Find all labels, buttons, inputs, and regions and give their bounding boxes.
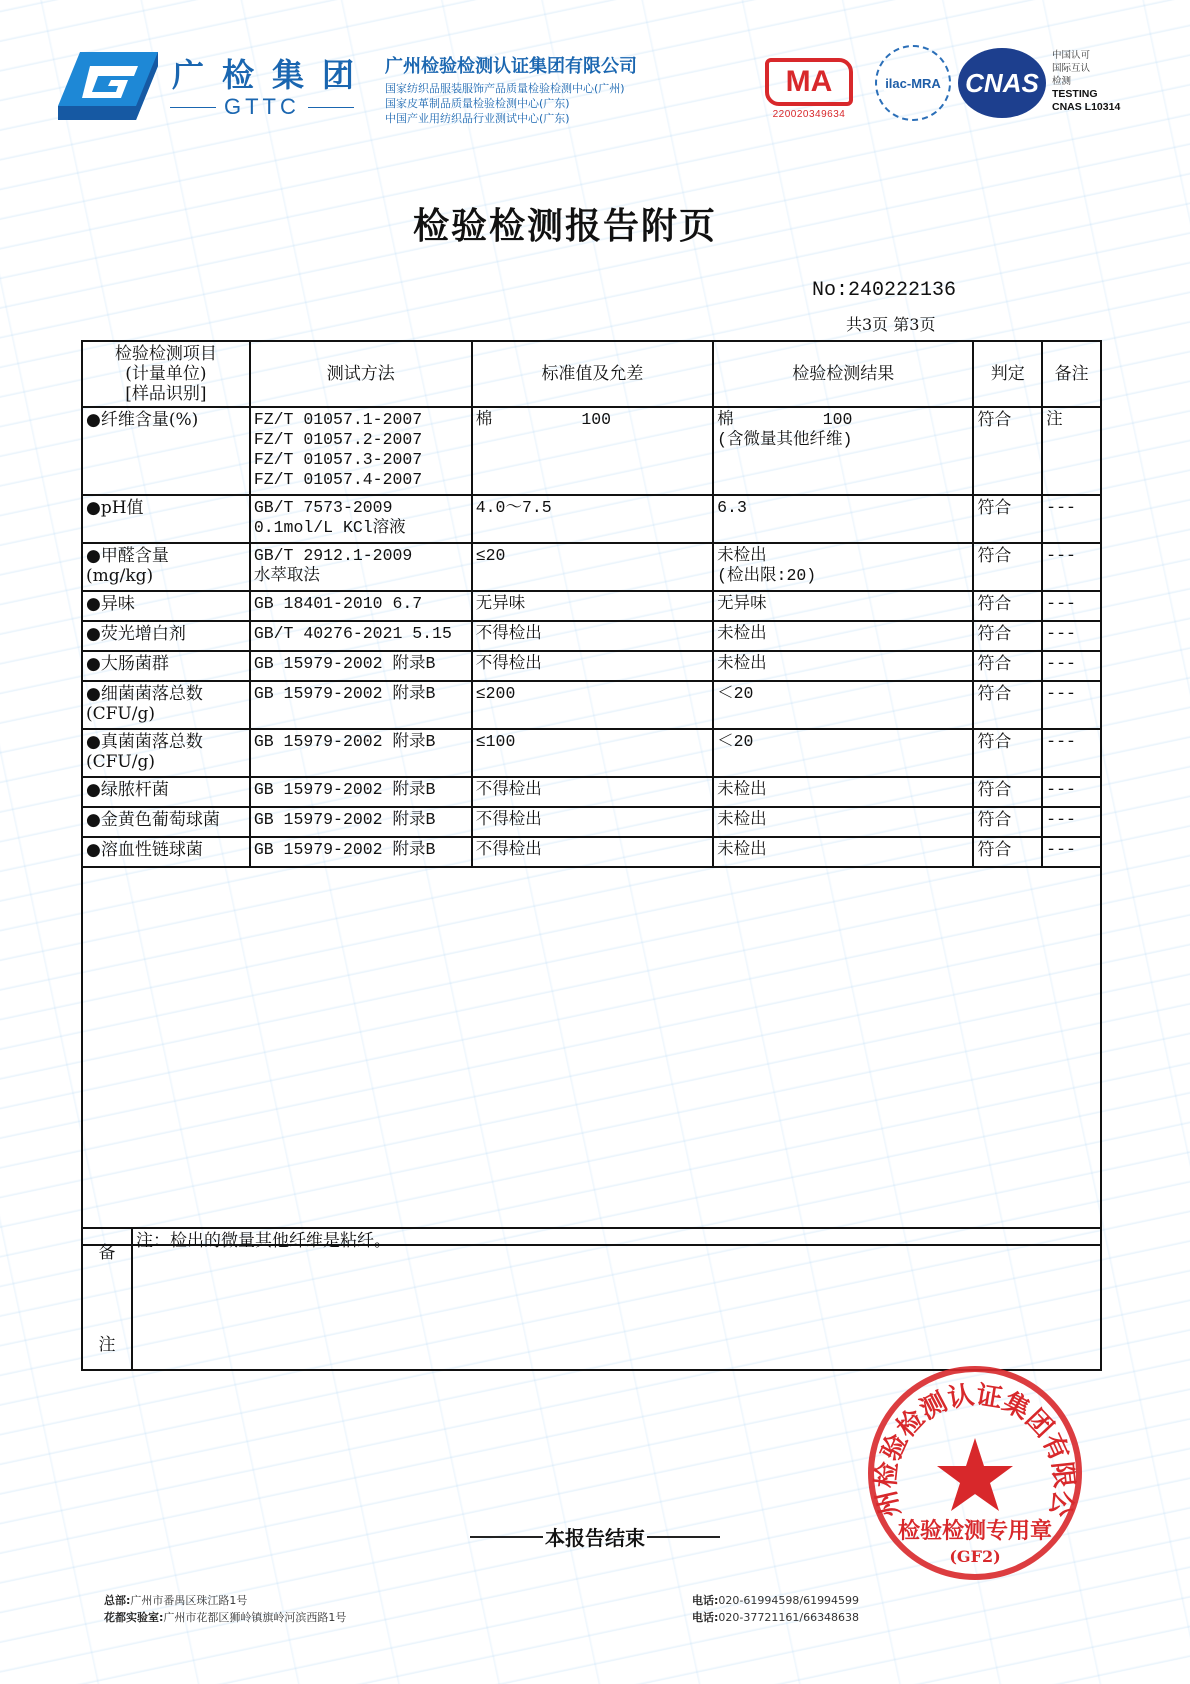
report-number: No:240222136 [812, 279, 956, 302]
table-empty-space [82, 867, 1101, 1245]
table-row: ●纤维含量(%)FZ/T 01057.1-2007FZ/T 01057.2-20… [82, 407, 1101, 495]
cell-result: 未检出(检出限:20) [713, 543, 973, 591]
results-table: 检验检测项目 (计量单位) [样品识别] 测试方法 标准值及允差 检验检测结果 … [81, 340, 1102, 1246]
sub-org-1: 国家纺织品服装服饰产品质量检验检测中心(广州) [385, 81, 637, 96]
cnas-label: CNAS [965, 68, 1039, 99]
cell-remark: --- [1042, 651, 1101, 681]
cell-remark: --- [1042, 495, 1101, 543]
cell-item: ●金黄色葡萄球菌 [82, 807, 250, 837]
cell-method: GB/T 7573-20090.1mol/L KCl溶液 [250, 495, 472, 543]
cell-standard: 4.0～7.5 [472, 495, 713, 543]
official-seal-stamp: 广州检验检测认证集团有限公司 检验检测专用章 (GF2) [864, 1362, 1086, 1584]
cell-standard: 不得检出 [472, 651, 713, 681]
stamp-code: (GF2) [949, 1547, 1000, 1566]
cell-remark: --- [1042, 543, 1101, 591]
cell-result: 未检出 [713, 651, 973, 681]
footer-hq-phone: 电话:020-61994598/61994599 [692, 1592, 859, 1609]
ilac-mra-icon: ilac-MRA [875, 45, 951, 121]
table-row: ●异味GB 18401-2010 6.7无异味无异味符合--- [82, 591, 1101, 621]
cell-item: ●绿脓杆菌 [82, 777, 250, 807]
table-row: ●溶血性链球菌GB 15979-2002 附录B不得检出未检出符合--- [82, 837, 1101, 867]
cell-result: 棉 100(含微量其他纤维) [713, 407, 973, 495]
cell-standard: ≤20 [472, 543, 713, 591]
cell-item: ●细菌菌落总数(CFU/g) [82, 681, 250, 729]
cnas-text-3: 检测 [1052, 75, 1120, 88]
cell-item: ●甲醛含量(mg/kg) [82, 543, 250, 591]
cell-remark: --- [1042, 621, 1101, 651]
footer-lab-phone: 电话:020-37721161/66348638 [692, 1609, 859, 1626]
cell-remark: --- [1042, 729, 1101, 777]
cell-item: ●大肠菌群 [82, 651, 250, 681]
cell-remark: --- [1042, 837, 1101, 867]
cell-method: GB/T 2912.1-2009水萃取法 [250, 543, 472, 591]
footer-hq: 总部:广州市番禺区珠江路1号 [104, 1592, 346, 1609]
table-body: ●纤维含量(%)FZ/T 01057.1-2007FZ/T 01057.2-20… [82, 407, 1101, 867]
table-row: ●甲醛含量(mg/kg)GB/T 2912.1-2009水萃取法≤20未检出(检… [82, 543, 1101, 591]
cell-method: GB 15979-2002 附录B [250, 837, 472, 867]
header-standard: 标准值及允差 [472, 341, 713, 407]
table-row: ●荧光增白剂GB/T 40276-2021 5.15不得检出未检出符合--- [82, 621, 1101, 651]
star-icon [937, 1438, 1013, 1511]
cma-icon: MA [765, 58, 853, 106]
cnas-text-1: 中国认可 [1052, 49, 1120, 62]
header-item: 检验检测项目 (计量单位) [样品识别] [82, 341, 250, 407]
cell-method: FZ/T 01057.1-2007FZ/T 01057.2-2007FZ/T 0… [250, 407, 472, 495]
logo-english-name: GTTC [170, 94, 354, 120]
end-of-report-text: 本报告结束 [545, 1522, 645, 1551]
logo-en-text: GTTC [224, 94, 300, 120]
remarks-table: 备 注 注：检出的微量其他纤维是粘纤。 [81, 1227, 1102, 1371]
cell-result: ＜20 [713, 681, 973, 729]
cell-judgement: 符合 [973, 729, 1042, 777]
cell-method: GB 15979-2002 附录B [250, 777, 472, 807]
cell-method: GB 15979-2002 附录B [250, 807, 472, 837]
company-name: 广州检验检测认证集团有限公司 [385, 52, 637, 78]
logo-chinese-name: 广检集团 [172, 50, 372, 96]
cell-result: 未检出 [713, 777, 973, 807]
cell-standard: 无异味 [472, 591, 713, 621]
cell-item: ●溶血性链球菌 [82, 837, 250, 867]
cell-method: GB 18401-2010 6.7 [250, 591, 472, 621]
cell-standard: 不得检出 [472, 837, 713, 867]
page-title: 检验检测报告附页 [0, 198, 1130, 249]
cell-method: GB 15979-2002 附录B [250, 729, 472, 777]
cell-standard: ≤200 [472, 681, 713, 729]
header-result: 检验检测结果 [713, 341, 973, 407]
cnas-icon: CNAS [958, 48, 1046, 118]
cnas-text-4: TESTING [1052, 88, 1120, 101]
page-count: 共3页 第3页 [846, 312, 935, 335]
cell-judgement: 符合 [973, 591, 1042, 621]
cell-standard: 不得检出 [472, 807, 713, 837]
cell-result: ＜20 [713, 729, 973, 777]
cell-item: ●真菌菌落总数(CFU/g) [82, 729, 250, 777]
cell-judgement: 符合 [973, 837, 1042, 867]
cnas-text-5: CNAS L10314 [1052, 101, 1120, 114]
cell-result: 6.3 [713, 495, 973, 543]
cell-standard: 不得检出 [472, 777, 713, 807]
cell-result: 未检出 [713, 807, 973, 837]
cell-item: ●纤维含量(%) [82, 407, 250, 495]
cnas-accreditation-text: 中国认可 国际互认 检测 TESTING CNAS L10314 [1052, 49, 1120, 114]
cell-method: GB 15979-2002 附录B [250, 651, 472, 681]
cell-judgement: 符合 [973, 621, 1042, 651]
company-block: 广州检验检测认证集团有限公司 国家纺织品服装服饰产品质量检验检测中心(广州) 国… [385, 52, 637, 126]
footer-addresses: 总部:广州市番禺区珠江路1号 花都实验室:广州市花都区狮岭镇旗岭河滨西路1号 [104, 1592, 346, 1626]
cell-remark: --- [1042, 591, 1101, 621]
remarks-text: 注：检出的微量其他纤维是粘纤。 [132, 1228, 1101, 1370]
sub-org-3: 中国产业用纺织品行业测试中心(广东) [385, 111, 637, 126]
end-of-report: 本报告结束 [470, 1522, 720, 1551]
table-row: ●pH值GB/T 7573-20090.1mol/L KCl溶液4.0～7.56… [82, 495, 1101, 543]
cell-remark: --- [1042, 777, 1101, 807]
cell-result: 未检出 [713, 837, 973, 867]
cell-judgement: 符合 [973, 777, 1042, 807]
cell-item: ●pH值 [82, 495, 250, 543]
table-row: ●细菌菌落总数(CFU/g)GB 15979-2002 附录B≤200＜20符合… [82, 681, 1101, 729]
table-row: ●真菌菌落总数(CFU/g)GB 15979-2002 附录B≤100＜20符合… [82, 729, 1101, 777]
remarks-label: 备 注 [82, 1228, 132, 1370]
cell-standard: ≤100 [472, 729, 713, 777]
gttc-logo-icon [58, 52, 158, 120]
cell-result: 无异味 [713, 591, 973, 621]
cell-judgement: 符合 [973, 681, 1042, 729]
cell-remark: 注 [1042, 407, 1101, 495]
cell-result: 未检出 [713, 621, 973, 651]
table-row: ●绿脓杆菌GB 15979-2002 附录B不得检出未检出符合--- [82, 777, 1101, 807]
footer-phones: 电话:020-61994598/61994599 电话:020-37721161… [692, 1592, 859, 1626]
cell-judgement: 符合 [973, 495, 1042, 543]
cell-item: ●异味 [82, 591, 250, 621]
cnas-text-2: 国际互认 [1052, 62, 1120, 75]
end-rule-right [647, 1536, 720, 1538]
header-method: 测试方法 [250, 341, 472, 407]
cma-mark: MA 220020349634 [765, 58, 853, 120]
cell-judgement: 符合 [973, 543, 1042, 591]
cell-judgement: 符合 [973, 651, 1042, 681]
cell-method: GB/T 40276-2021 5.15 [250, 621, 472, 651]
remarks-row: 备 注 注：检出的微量其他纤维是粘纤。 [82, 1228, 1101, 1370]
logo-rule-left [170, 107, 216, 108]
table-row: ●金黄色葡萄球菌GB 15979-2002 附录B不得检出未检出符合--- [82, 807, 1101, 837]
sub-org-2: 国家皮革制品质量检验检测中心(广东) [385, 96, 637, 111]
stamp-center-text: 检验检测专用章 [898, 1518, 1052, 1544]
table-row: ●大肠菌群GB 15979-2002 附录B不得检出未检出符合--- [82, 651, 1101, 681]
header-remark: 备注 [1042, 341, 1101, 407]
cell-remark: --- [1042, 807, 1101, 837]
cell-standard: 棉 100 [472, 407, 713, 495]
cell-item: ●荧光增白剂 [82, 621, 250, 651]
end-rule-left [470, 1536, 543, 1538]
header-judgement: 判定 [973, 341, 1042, 407]
cell-judgement: 符合 [973, 407, 1042, 495]
cell-remark: --- [1042, 681, 1101, 729]
ilac-label: ilac-MRA [884, 76, 942, 91]
cell-standard: 不得检出 [472, 621, 713, 651]
cell-judgement: 符合 [973, 807, 1042, 837]
logo-rule-right [308, 107, 354, 108]
footer-lab: 花都实验室:广州市花都区狮岭镇旗岭河滨西路1号 [104, 1609, 346, 1626]
cma-number: 220020349634 [765, 109, 853, 120]
table-header-row: 检验检测项目 (计量单位) [样品识别] 测试方法 标准值及允差 检验检测结果 … [82, 341, 1101, 407]
cell-method: GB 15979-2002 附录B [250, 681, 472, 729]
